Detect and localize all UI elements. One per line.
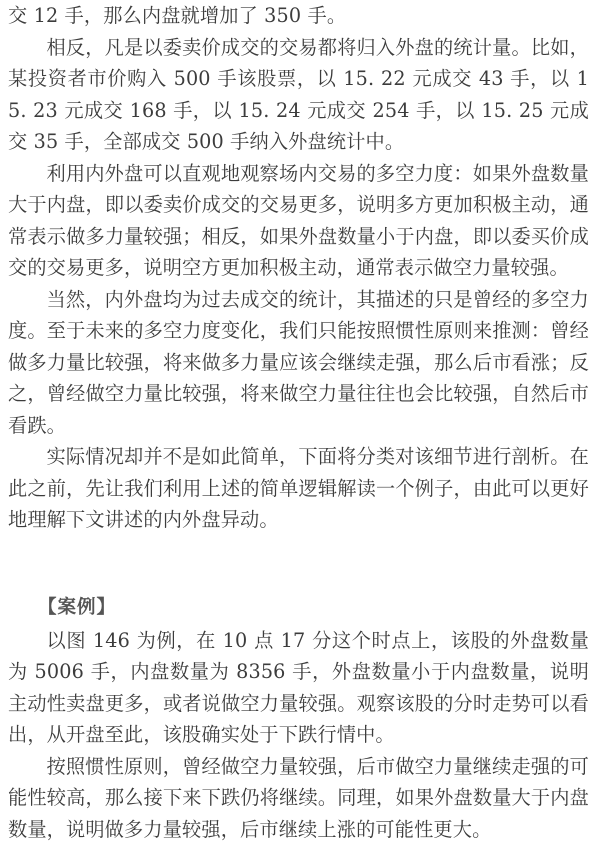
paragraph-outer-disk-definition: 相反，凡是以委卖价成交的交易都将归入外盘的统计量。比如，某投资者市价购入 500…: [8, 32, 589, 158]
section-spacer: [8, 536, 589, 591]
paragraph-case-example: 以图 146 为例，在 10 点 17 分这个时点上，该股的外盘数量为 5006…: [8, 625, 589, 751]
book-page: 交 12 手，那么内盘就增加了 350 手。 相反，凡是以委卖价成交的交易都将归…: [8, 0, 589, 845]
paragraph-transition: 实际情况却并不是如此简单，下面将分类对该细节进行剖析。在此之前，先让我们利用上述…: [8, 441, 589, 536]
paragraph-inertia-principle: 当然，内外盘均为过去成交的统计，其描述的只是曾经的多空力度。至于未来的多空力度变…: [8, 284, 589, 442]
paragraph-continuation: 交 12 手，那么内盘就增加了 350 手。: [8, 0, 589, 32]
paragraph-bull-bear-strength: 利用内外盘可以直观地观察场内交易的多空力度：如果外盘数量大于内盘，即以委卖价成交…: [8, 158, 589, 284]
case-heading: 【案例】: [8, 591, 589, 625]
paragraph-case-conclusion: 按照惯性原则，曾经做空力量较强，后市做空力量继续走强的可能性较高，那么接下来下跌…: [8, 751, 589, 846]
